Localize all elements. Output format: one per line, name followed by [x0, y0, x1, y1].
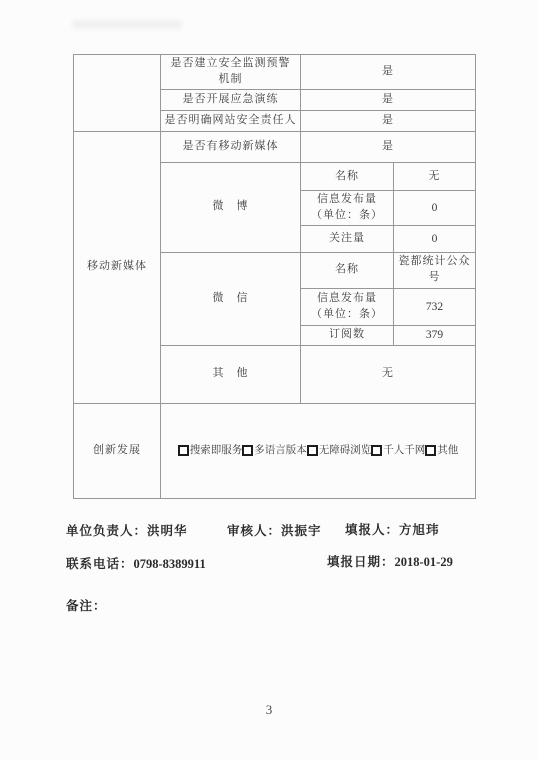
- wechat-posts-label: 信息发布量 （单位：条）: [301, 288, 394, 325]
- weibo-followers-label: 关注量: [301, 225, 394, 252]
- checkbox-unchecked-icon: [242, 445, 253, 456]
- page-number: 3: [0, 702, 538, 718]
- wechat-label: 微 信: [161, 252, 301, 345]
- document-page: 是否建立安全监测预警 机制 是 是否开展应急演练 是 是否明确网站安全责任人 是…: [0, 0, 538, 760]
- unit-head-line: 单位负责人：洪明华: [66, 521, 188, 539]
- report-table: 是否建立安全监测预警 机制 是 是否开展应急演练 是 是否明确网站安全责任人 是…: [73, 54, 476, 499]
- report-date-label: 填报日期：: [327, 555, 395, 569]
- weibo-posts-label: 信息发布量 （单位：条）: [301, 191, 394, 226]
- checkbox-label: 其他: [437, 443, 458, 458]
- wechat-subscribers-label: 订阅数: [301, 325, 394, 345]
- unit-head-name: 洪明华: [147, 524, 188, 538]
- innovation-option: 千人千网: [371, 443, 425, 458]
- reviewer-name: 洪振宇: [281, 524, 322, 538]
- checkbox-unchecked-icon: [425, 445, 436, 456]
- weibo-posts-value: 0: [394, 191, 476, 226]
- other-media-value: 无: [301, 345, 476, 403]
- wechat-posts-value: 732: [394, 288, 476, 325]
- filler-name: 方旭玮: [399, 523, 440, 537]
- innovation-option: 其他: [425, 443, 458, 458]
- wechat-subscribers-value: 379: [394, 325, 476, 345]
- security-question-2: 是否开展应急演练: [161, 90, 301, 111]
- checkbox-label: 无障碍浏览: [319, 443, 372, 458]
- reviewer-line: 审核人：洪振宇: [227, 521, 322, 539]
- security-answer-2: 是: [301, 90, 476, 111]
- weibo-followers-value: 0: [394, 225, 476, 252]
- remarks-label: 备注：: [66, 596, 107, 614]
- other-media-label: 其 他: [161, 345, 301, 403]
- has-mobile-answer: 是: [301, 132, 476, 163]
- checkbox-unchecked-icon: [307, 445, 318, 456]
- security-question-1: 是否建立安全监测预警 机制: [161, 55, 301, 90]
- wechat-name-value: 瓷都统计公众 号: [394, 252, 476, 288]
- checkbox-label: 搜索即服务: [190, 443, 243, 458]
- report-date-value: 2018-01-29: [395, 555, 453, 569]
- filler-label: 填报人：: [345, 523, 399, 537]
- security-question-3: 是否明确网站安全责任人: [161, 111, 301, 132]
- scan-artifact: [72, 20, 182, 29]
- innovation-option: 多语言版本: [242, 443, 307, 458]
- checkbox-label: 千人千网: [383, 443, 425, 458]
- category-cell-empty: [74, 55, 161, 132]
- phone-line: 联系电话：0798-8389911: [66, 554, 206, 572]
- filler-line: 填报人：方旭玮: [345, 520, 440, 538]
- unit-head-label: 单位负责人：: [66, 524, 147, 538]
- checkbox-label: 多语言版本: [254, 443, 307, 458]
- category-cell-mobile-media: 移动新媒体: [74, 132, 161, 404]
- innovation-option: 搜索即服务: [178, 443, 243, 458]
- phone-number: 0798-8389911: [134, 557, 206, 571]
- phone-label: 联系电话：: [66, 557, 134, 571]
- weibo-label: 微 博: [161, 163, 301, 253]
- security-answer-1: 是: [301, 55, 476, 90]
- weibo-name-label: 名称: [301, 163, 394, 191]
- innovation-option: 无障碍浏览: [307, 443, 372, 458]
- checkbox-unchecked-icon: [371, 445, 382, 456]
- report-date-line: 填报日期：2018-01-29: [327, 552, 453, 570]
- has-mobile-question: 是否有移动新媒体: [161, 132, 301, 163]
- weibo-name-value: 无: [394, 163, 476, 191]
- category-cell-innovation: 创新发展: [74, 403, 161, 498]
- reviewer-label: 审核人：: [227, 524, 281, 538]
- checkbox-unchecked-icon: [178, 445, 189, 456]
- security-answer-3: 是: [301, 111, 476, 132]
- wechat-name-label: 名称: [301, 252, 394, 288]
- innovation-options-cell: 搜索即服务多语言版本无障碍浏览千人千网其他: [161, 403, 476, 498]
